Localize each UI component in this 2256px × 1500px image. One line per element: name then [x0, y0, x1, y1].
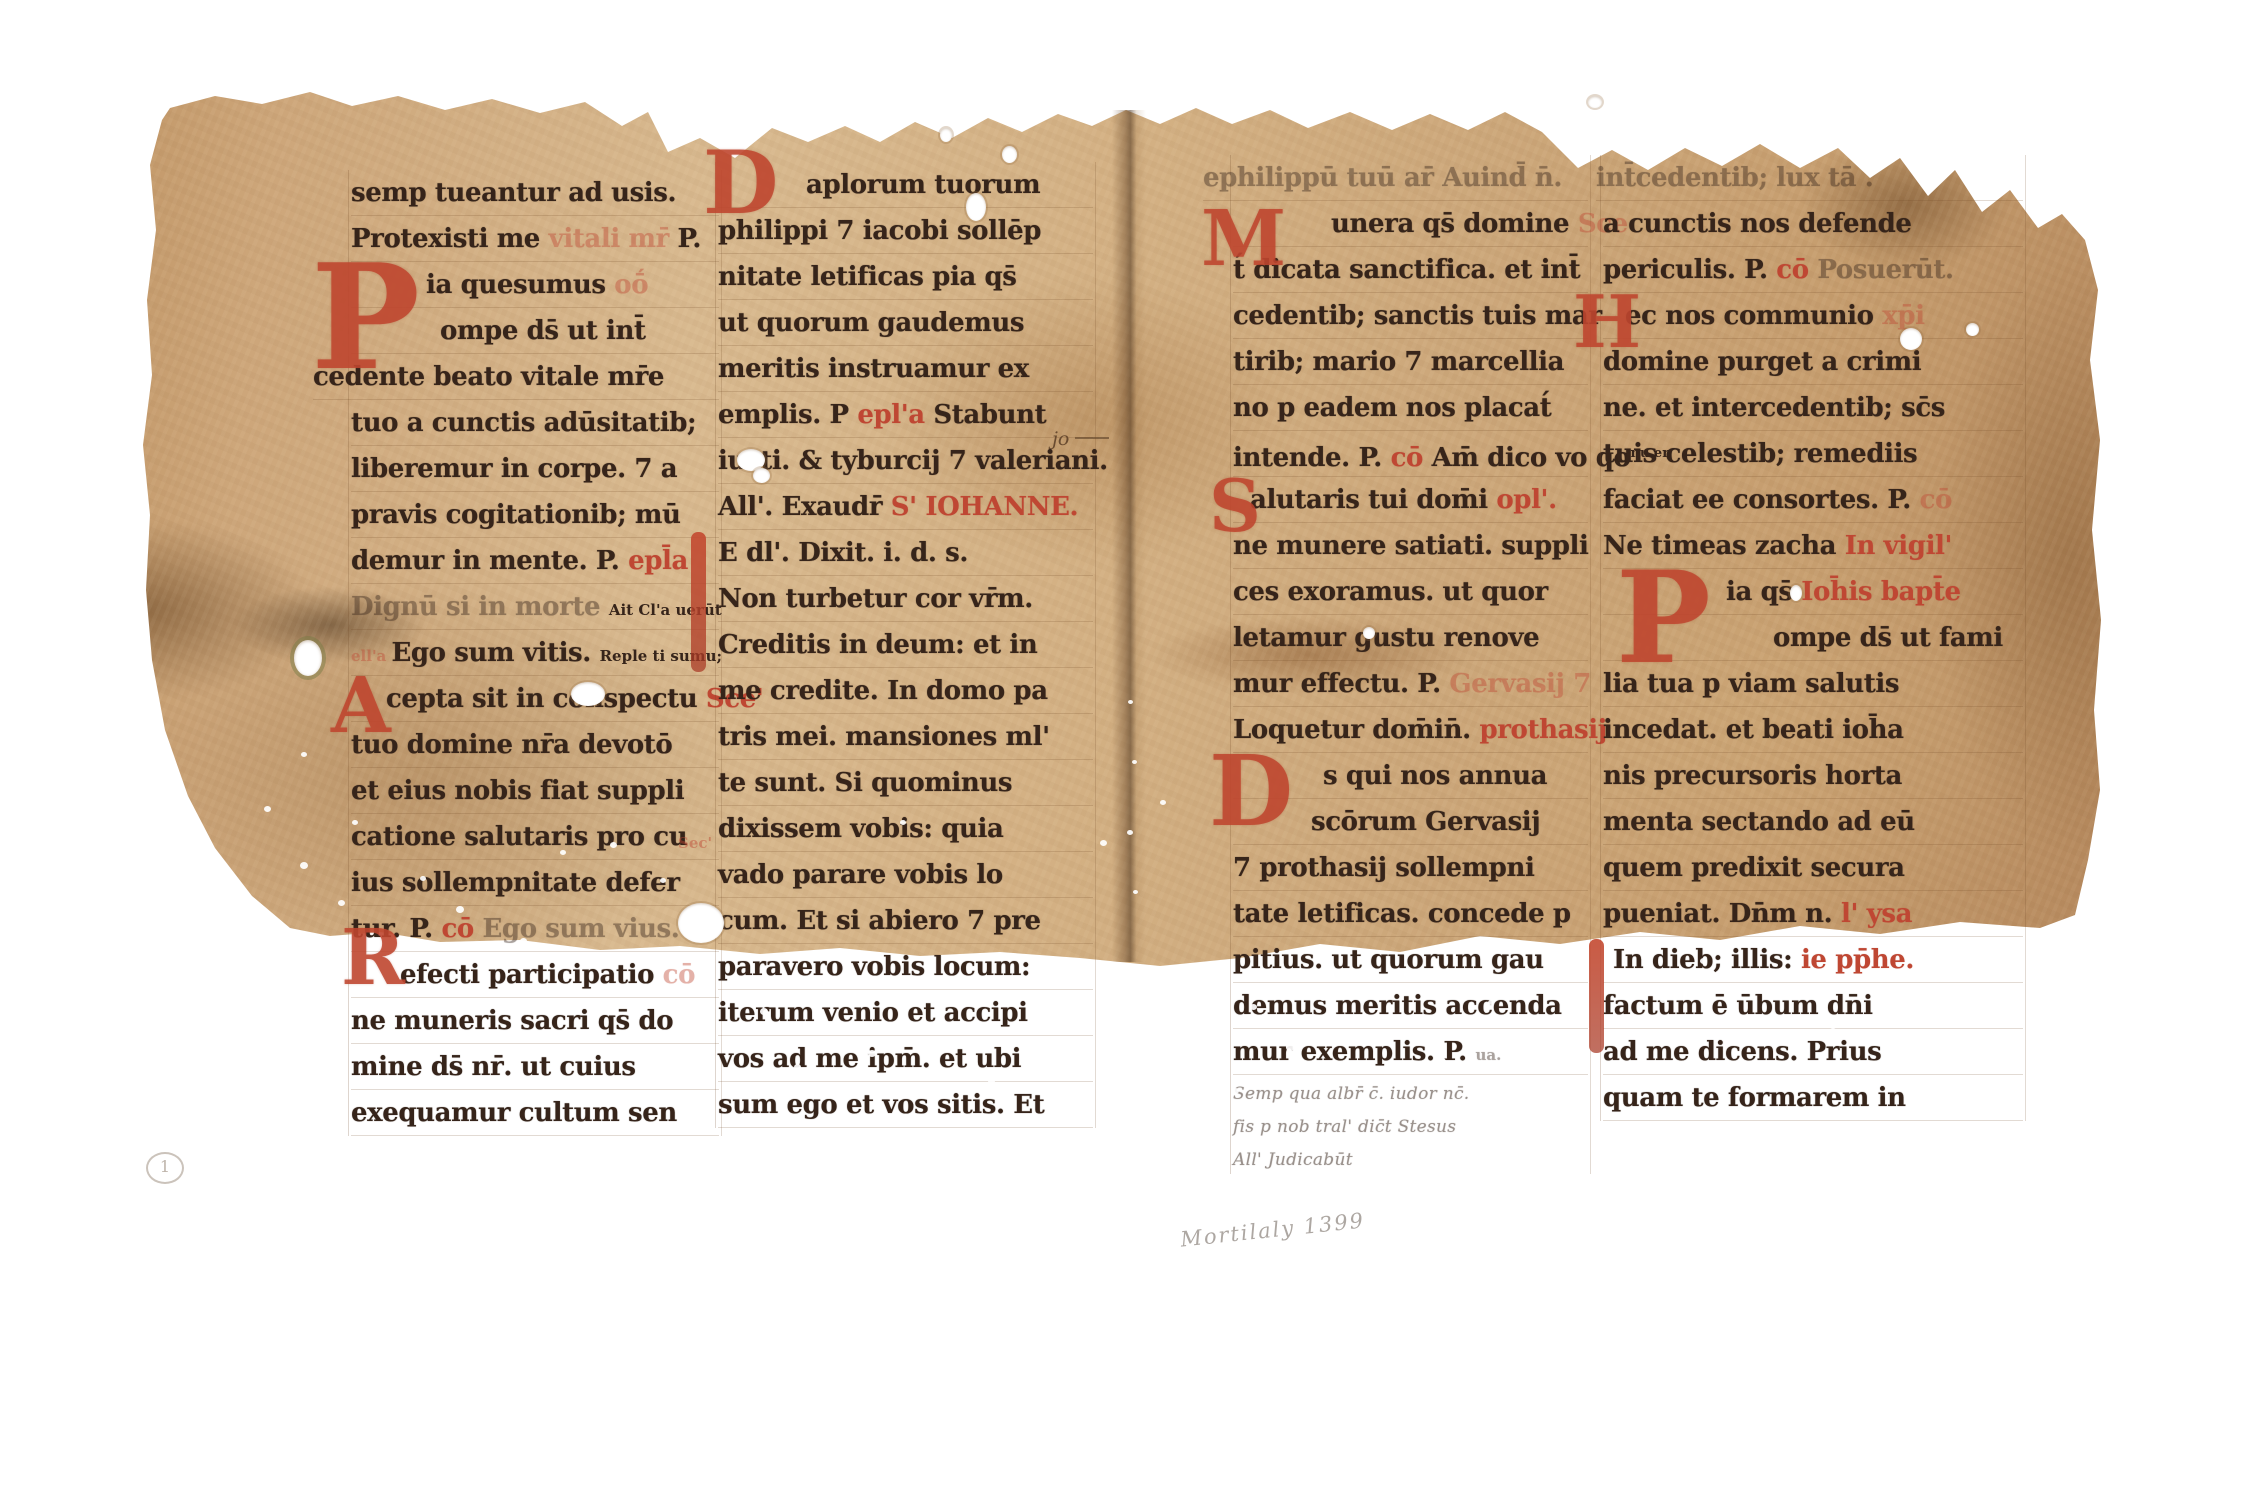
text-segment: pravis cogitationib; mū — [351, 500, 681, 530]
manuscript-line: Dignū si in morte Ait Cl'a uerūt — [351, 584, 719, 630]
text-segment: tuo a cunctis adūsitatib; — [351, 408, 696, 438]
manuscript-line: In dieb; illis: ie pp̄he. — [1603, 937, 2023, 983]
text-segment: quam te formarem in — [1603, 1083, 1906, 1113]
text-segment: ua. — [1476, 1046, 1502, 1064]
paint-loss-fleck — [660, 878, 666, 883]
paint-loss-fleck — [900, 820, 906, 825]
text-segment: Semp qua albr̄ c̄. iudor nc̄. — [1233, 1084, 1470, 1104]
paint-loss-fleck — [420, 876, 426, 881]
text-segment: menta sectando ad eū — [1603, 807, 1915, 837]
manuscript-line: vado parare vobis lo — [718, 852, 1093, 898]
text-segment: ie pp̄he. — [1801, 945, 1914, 975]
manuscript-line: intende. P. cō Am̄ dico vo qonu er. — [1233, 431, 1588, 477]
marginal-note: Sec' — [678, 834, 712, 852]
text-segment: vado parare vobis lo — [718, 860, 1003, 890]
manuscript-line: mur exemplis. P. ua. — [1233, 1029, 1588, 1075]
manuscript-line: vos ad me ipm̄. et ubi — [718, 1036, 1093, 1082]
manuscript-line: a cunctis nos defende — [1603, 201, 2023, 247]
wormhole — [1790, 585, 1802, 601]
text-segment: semp tueantur ad usis. — [351, 178, 676, 208]
manuscript-line: quem predixit secura — [1603, 845, 2023, 891]
manuscript-line: sum ego et vos sitis. Et — [718, 1082, 1093, 1128]
text-segment: ne muneris sacri qs̄ do — [351, 1006, 673, 1036]
manuscript-line: Creditis in deum: et in — [718, 622, 1093, 668]
text-segment: mur effectu. P. — [1233, 669, 1449, 699]
illuminated-initial: P — [1616, 571, 1710, 666]
text-segment: All'. Exaudr̄ — [718, 492, 891, 522]
text-segment: cō — [1920, 485, 1952, 515]
paint-loss-fleck — [352, 820, 358, 825]
text-column-col2: aplorum tuorumphilippi 7 iacobi sollēpn… — [715, 162, 1096, 1128]
text-segment: Posuerūt. — [1817, 255, 1953, 285]
text-segment: nitate letificas pia qs̄ — [718, 262, 1017, 292]
text-segment: fis p nob tral' dic̄t Stesus — [1233, 1117, 1456, 1137]
text-segment: opl'. — [1496, 485, 1556, 515]
text-segment: oṓ — [614, 270, 648, 300]
manuscript-line: Non turbetur cor vr̄m. — [718, 576, 1093, 622]
manuscript-line: catione salutaris pro cu — [351, 814, 719, 860]
text-segment: ompe ds̄ ut int̄ — [440, 316, 646, 346]
text-segment: All' Judicabūt — [1233, 1150, 1353, 1170]
manuscript-line: ne munere satiati. suppli — [1233, 523, 1588, 569]
manuscript-line: quam te formarem in — [1603, 1075, 2023, 1121]
manuscript-line: dixissem vobis: quia — [718, 806, 1093, 852]
text-segment: mine ds̄ nr̄. ut cuius — [351, 1052, 636, 1082]
manuscript-line: tate letificas. concede p — [1233, 891, 1588, 937]
manuscript-line: emplis. P epl'a Stabunt — [718, 392, 1093, 438]
text-segment: exequamur cultum sen — [351, 1098, 677, 1128]
text-segment: me credite. In domo pa — [718, 676, 1048, 706]
manuscript-line: iterum venio et accipi — [718, 990, 1093, 1036]
manuscript-line: cedentib; sanctis tuis mar — [1233, 293, 1588, 339]
manuscript-line: ius sollempnitate defer — [351, 860, 719, 906]
paint-loss-fleck — [1660, 998, 1666, 1003]
text-segment: ad me dicens. Prius — [1603, 1037, 1881, 1067]
text-segment: l' ysa — [1841, 899, 1912, 929]
paint-loss-fleck — [1858, 994, 1865, 1000]
manuscript-line: t́ dicata sanctifica. et int̄ — [1233, 247, 1588, 293]
manuscript-line: ut quorum gaudemus — [718, 300, 1093, 346]
text-segment: tirib; mario 7 marcellia — [1233, 347, 1564, 377]
manuscript-line: te sunt. Si quominus — [718, 760, 1093, 806]
manuscript-line: mine ds̄ nr̄. ut cuius — [351, 1044, 719, 1090]
paint-loss-fleck — [1127, 830, 1133, 835]
manuscript-line: me credite. In domo pa — [718, 668, 1093, 714]
illuminated-initial — [691, 532, 706, 672]
text-column-col3: ephilippū tuū ar̄ Auind̄ n̄.unera qs̄ do… — [1230, 155, 1591, 1174]
paint-loss-fleck — [1028, 1008, 1034, 1013]
paint-loss-fleck — [1286, 1044, 1294, 1051]
text-segment: xp̄i — [1882, 301, 1924, 331]
text-segment: ces exoramus. ut quor — [1233, 577, 1548, 607]
paint-loss-fleck — [301, 752, 307, 757]
manuscript-line: factum ē ūbum dn̄i — [1603, 983, 2023, 1029]
paint-loss-fleck — [1100, 840, 1107, 846]
manuscript-line: nis precursoris horta — [1603, 753, 2023, 799]
manuscript-line: iusti. & tyburcij 7 valeriani. — [718, 438, 1093, 484]
manuscript-line: demur in mente. P. epl̄a — [351, 538, 719, 584]
illuminated-initial: M — [1201, 211, 1286, 269]
manuscript-line: pravis cogitationib; mū — [351, 492, 719, 538]
wormhole — [940, 128, 952, 142]
paint-loss-fleck — [1128, 700, 1133, 704]
manuscript-line: cum. Et si abiero 7 pre — [718, 898, 1093, 944]
wormhole — [1900, 328, 1922, 350]
manuscript-line: Semp qua albr̄ c̄. iudor nc̄. — [1233, 1075, 1588, 1108]
paint-loss-fleck — [760, 1008, 768, 1015]
text-segment: ephilippū tuū ar̄ Auind̄ n̄. — [1203, 163, 1562, 193]
text-segment: S' IOHANNE. — [891, 492, 1078, 522]
paint-loss-fleck — [338, 900, 345, 906]
manuscript-line: domine purget a crimi — [1603, 339, 2023, 385]
paint-loss-fleck — [1488, 1000, 1494, 1005]
paint-loss-fleck — [1232, 1088, 1239, 1094]
text-segment: catione salutaris pro cu — [351, 822, 687, 852]
illuminated-initial: D — [1209, 755, 1293, 828]
text-segment: cedentib; sanctis tuis mar — [1233, 301, 1602, 331]
text-segment: cō — [1391, 443, 1432, 473]
text-segment: Creditis in deum: et in — [718, 630, 1037, 660]
text-column-col1: semp tueantur ad usis.Protexisti me vita… — [348, 170, 722, 1136]
paint-loss-fleck — [1732, 1038, 1738, 1043]
text-segment: P. — [678, 224, 702, 254]
manuscript-line: cepta sit in conspectu Sce' — [351, 676, 719, 722]
paint-loss-fleck — [868, 1050, 876, 1057]
text-segment: Non turbetur cor vr̄m. — [718, 584, 1033, 614]
manuscript-line: tuis celestib; remediis — [1603, 431, 2023, 477]
manuscript-line: menta sectando ad eū — [1603, 799, 2023, 845]
text-segment: s qui nos annua — [1323, 761, 1547, 791]
wormhole — [1966, 323, 1979, 336]
text-segment: meritis instruamur ex — [718, 354, 1029, 384]
paint-loss-fleck — [520, 938, 527, 944]
paint-loss-fleck — [1160, 800, 1166, 805]
manuscript-line: tris mei. mansiones ml' — [718, 714, 1093, 760]
text-segment: pitius. ut quorum gau — [1233, 945, 1544, 975]
paint-loss-fleck — [1528, 1082, 1535, 1088]
paint-loss-fleck — [264, 806, 271, 812]
text-segment: Ego sum vius. — [483, 914, 680, 944]
paint-loss-fleck — [1250, 1004, 1257, 1010]
text-segment: ius sollempnitate defer — [351, 868, 680, 898]
text-segment: demus meritis accenda — [1233, 991, 1562, 1021]
text-segment: unera qs̄ domine — [1331, 209, 1578, 239]
text-segment: cō — [441, 914, 482, 944]
text-segment: dixissem vobis: quia — [718, 814, 1003, 844]
manuscript-line: pueniat. Dn̄m n. l' ysa — [1603, 891, 2023, 937]
manuscript-line: alutaris tui dom̄i opl'. — [1233, 477, 1588, 523]
paint-loss-fleck — [1700, 958, 1707, 964]
text-segment: E dl'. Dixit. i. d. s. — [718, 538, 968, 568]
manuscript-line: unera qs̄ domine Sce — [1233, 201, 1588, 247]
text-segment: tate letificas. concede p — [1233, 899, 1571, 929]
wormhole — [294, 640, 322, 676]
text-segment: no p eadem nos placat́ — [1233, 393, 1551, 423]
paint-loss-fleck — [300, 862, 308, 869]
illuminated-initial: P — [311, 264, 420, 373]
text-segment: demur in mente. P. — [351, 546, 628, 576]
text-segment: incedat. et beati ioh̄a — [1603, 715, 1904, 745]
paint-loss-fleck — [1558, 1040, 1564, 1045]
manuscript-line: efecti participatio cō — [351, 952, 719, 998]
text-segment: cum. Et si abiero 7 pre — [718, 906, 1041, 936]
text-segment: te sunt. Si quominus — [718, 768, 1012, 798]
illuminated-initial: S — [1209, 479, 1261, 533]
text-segment: faciat ee consortes. P. — [1603, 485, 1920, 515]
manuscript-line: et eius nobis fiat suppli — [351, 768, 719, 814]
manuscript-line: E dl'. Dixit. i. d. s. — [718, 530, 1093, 576]
text-segment: ut quorum gaudemus — [718, 308, 1024, 338]
manuscript-line: faciat ee consortes. P. cō — [1603, 477, 2023, 523]
text-segment: tuis celestib; remediis — [1603, 439, 1917, 469]
wormhole — [1002, 146, 1017, 163]
paint-loss-fleck — [1133, 890, 1138, 894]
paint-loss-fleck — [1398, 1018, 1405, 1024]
text-segment: aplorum tuorum — [806, 170, 1040, 200]
text-segment: et eius nobis fiat suppli — [351, 776, 684, 806]
text-segment: vitali mr̄ — [549, 224, 678, 254]
paint-loss-fleck — [830, 1000, 836, 1005]
paint-loss-fleck — [1058, 1058, 1065, 1064]
text-segment: efecti participatio — [400, 960, 663, 990]
manuscript-photo: Mortilaly 1399 jo 1 semp tueantur ad usi… — [0, 0, 2256, 1500]
manuscript-line: All' Judicabūt — [1233, 1141, 1588, 1174]
text-segment: alutaris tui dom̄i — [1250, 485, 1496, 515]
text-column-col4: int̄cedentib; lux tā .a cunctis nos def… — [1600, 155, 2026, 1121]
paint-loss-fleck — [948, 1030, 954, 1035]
corner-mark: 1 — [146, 1152, 184, 1184]
paint-loss-fleck — [794, 1064, 801, 1070]
text-segment: prothasij — [1479, 715, 1606, 745]
text-segment: emplis. P — [718, 400, 857, 430]
text-segment: cepta sit in conspectu — [386, 684, 706, 714]
manuscript-line: mur effectu. P. Gervasij 7 — [1233, 661, 1588, 707]
manuscript-line: ces exoramus. ut quor — [1233, 569, 1588, 615]
text-segment: ne munere satiati. suppli — [1233, 531, 1589, 561]
manuscript-line: pitius. ut quorum gau — [1233, 937, 1588, 983]
text-segment: ec nos communio — [1625, 301, 1882, 331]
text-segment: vos ad me ipm̄. et ubi — [718, 1044, 1021, 1074]
text-segment: paravero vobis locum: — [718, 952, 1030, 982]
text-segment: Ego sum vitis. — [391, 638, 599, 668]
text-segment: cō — [663, 960, 695, 990]
text-segment: In vigil' — [1845, 531, 1952, 561]
text-segment: iusti. & tyburcij 7 valeriani. — [718, 446, 1108, 476]
text-segment: Ioh̄is bapt̄e — [1801, 577, 1960, 607]
text-segment: tris mei. mansiones ml' — [718, 722, 1050, 752]
text-segment: epl̄a — [628, 546, 688, 576]
manuscript-line: ell'a Ego sum vitis. Reple ti sumu; — [351, 630, 719, 676]
manuscript-line: paravero vobis locum: — [718, 944, 1093, 990]
manuscript-line: exequamur cultum sen — [351, 1090, 719, 1136]
wormhole — [753, 468, 770, 483]
text-segment: ia quesumus — [426, 270, 614, 300]
illuminated-initial: H — [1573, 295, 1641, 349]
paint-loss-fleck — [1830, 1028, 1836, 1033]
manuscript-line: letamur gustu renove — [1233, 615, 1588, 661]
manuscript-line: meritis instruamur ex — [718, 346, 1093, 392]
manuscript-line: All'. Exaudr̄ S' IOHANNE. — [718, 484, 1093, 530]
illuminated-initial — [1589, 939, 1604, 1053]
text-segment: a cunctis nos defende — [1603, 209, 1912, 239]
manuscript-line: tuo domine nr̄a devotō — [351, 722, 719, 768]
wormhole — [966, 193, 986, 221]
manuscript-line: ad me dicens. Prius — [1603, 1029, 2023, 1075]
manuscript-line: ec nos communio xp̄i — [1603, 293, 2023, 339]
text-segment: ne. et intercedentib; sc̄s — [1603, 393, 1945, 423]
manuscript-line: demus meritis accenda — [1233, 983, 1588, 1029]
manuscript-line: ne muneris sacri qs̄ do — [351, 998, 719, 1044]
text-segment: ompe ds̄ ut fami — [1773, 623, 2003, 653]
text-segment: liberemur in corpe. 7 a — [351, 454, 677, 484]
manuscript-line: no p eadem nos placat́ — [1233, 385, 1588, 431]
paint-loss-fleck — [456, 906, 464, 913]
text-segment: nis precursoris horta — [1603, 761, 1902, 791]
wormhole — [1363, 627, 1375, 639]
text-segment: Dignū si in morte — [351, 592, 609, 622]
pencil-inscription: Mortilaly 1399 — [1179, 1208, 1366, 1251]
text-segment: letamur gustu renove — [1233, 623, 1539, 653]
text-segment: domine purget a crimi — [1603, 347, 1921, 377]
illuminated-initial: D — [703, 150, 778, 215]
text-segment: quem predixit secura — [1603, 853, 1905, 883]
text-segment: scōrum Gervasij — [1311, 807, 1540, 837]
paint-loss-fleck — [1132, 760, 1137, 764]
wormhole — [1588, 96, 1602, 108]
wormhole — [678, 903, 724, 943]
manuscript-line: liberemur in corpe. 7 a — [351, 446, 719, 492]
text-segment: pueniat. Dn̄m n. — [1603, 899, 1841, 929]
text-segment: cō — [1776, 255, 1817, 285]
text-segment: Gervasij 7 — [1449, 669, 1590, 699]
illuminated-initial: R — [341, 930, 405, 988]
manuscript-line: incedat. et beati ioh̄a — [1603, 707, 2023, 753]
paint-loss-fleck — [908, 1088, 915, 1094]
manuscript-line: tur. P. cō Ego sum vius. — [351, 906, 719, 952]
manuscript-line: int̄cedentib; lux tā . — [1596, 155, 2023, 201]
paint-loss-fleck — [702, 912, 709, 918]
paint-loss-fleck — [610, 842, 617, 848]
manuscript-line: nitate letificas pia qs̄ — [718, 254, 1093, 300]
manuscript-line: periculis. P. cō Posuerūt. — [1603, 247, 2023, 293]
manuscript-line: tuo a cunctis adūsitatib; — [351, 400, 719, 446]
text-segment: 7 prothasij sollempni — [1233, 853, 1534, 883]
paint-loss-fleck — [1320, 996, 1326, 1001]
illuminated-initial: A — [331, 678, 390, 736]
manuscript-line: semp tueantur ad usis. — [351, 170, 719, 216]
text-segment: epl'a — [857, 400, 933, 430]
text-segment: int̄cedentib; lux tā . — [1596, 163, 1873, 193]
text-segment: factum ē ūbum dn̄i — [1603, 991, 1873, 1021]
manuscript-line: fis p nob tral' dic̄t Stesus — [1233, 1108, 1588, 1141]
manuscript-line: tirib; mario 7 marcellia — [1233, 339, 1588, 385]
paint-loss-fleck — [560, 850, 566, 855]
text-segment: sum ego et vos sitis. Et — [718, 1090, 1044, 1120]
manuscript-line: ne. et intercedentib; sc̄s — [1603, 385, 2023, 431]
wormhole — [571, 682, 605, 706]
paint-loss-fleck — [1438, 1058, 1446, 1065]
text-segment: Stabunt — [933, 400, 1046, 430]
manuscript-line: 7 prothasij sollempni — [1233, 845, 1588, 891]
text-segment: tuo domine nr̄a devotō — [351, 730, 672, 760]
paint-loss-fleck — [988, 1078, 995, 1084]
